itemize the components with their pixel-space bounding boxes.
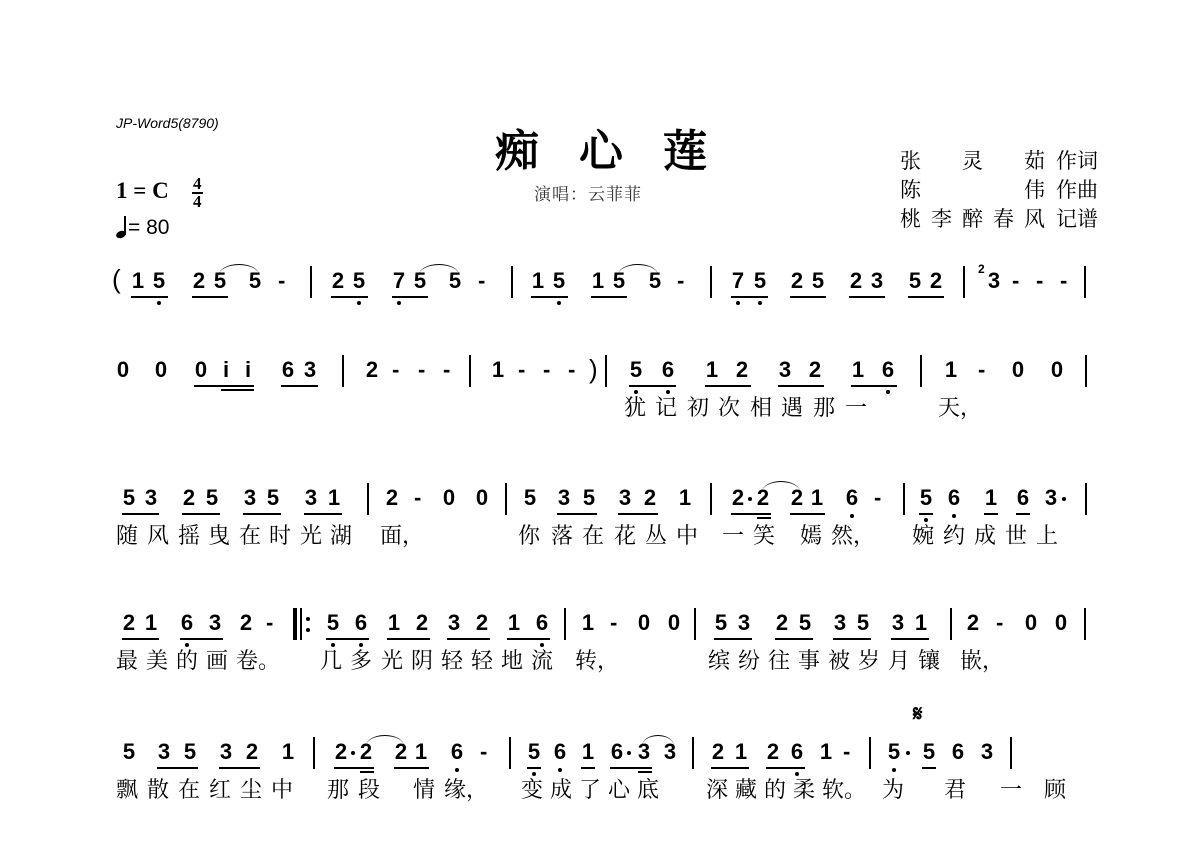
lyric: 光 (300, 525, 322, 549)
low-octave-dot (532, 772, 536, 776)
lyric: 柔 (793, 779, 815, 803)
lyric: 流 (531, 650, 553, 674)
low-octave-dot (331, 643, 335, 647)
note: 2 (474, 611, 490, 635)
note: 5 (265, 486, 281, 510)
eighth-beam (891, 638, 929, 640)
note: 0 (1053, 611, 1069, 635)
note: 0 (441, 486, 457, 510)
credit-char (957, 176, 988, 205)
note: 6 (609, 740, 625, 764)
eighth-beam (581, 767, 595, 769)
barline (511, 266, 513, 298)
lyric: 天， (938, 397, 982, 421)
augmentation-dot (351, 751, 355, 755)
barline (342, 355, 344, 387)
note: 6 (534, 611, 550, 635)
note: 5 (121, 740, 137, 764)
lyric: 相 (750, 397, 772, 421)
eighth-beam (281, 385, 318, 387)
note: 1 (580, 611, 596, 635)
note: 1 (326, 486, 342, 510)
barline (1084, 608, 1086, 640)
lyric: 镶 (918, 650, 940, 674)
note: 5 (551, 269, 567, 293)
note: 5 (713, 611, 729, 635)
eighth-beam (387, 638, 430, 640)
eighth-beam (182, 513, 220, 515)
note: 2 (765, 740, 781, 764)
eighth-beam (851, 385, 897, 387)
low-octave-dot (850, 514, 854, 518)
dash: - (478, 269, 485, 293)
lyric: 在 (178, 779, 200, 803)
lyric: 事 (798, 650, 820, 674)
eighth-beam (527, 767, 541, 769)
note: 3 (242, 486, 258, 510)
note: 6 (179, 611, 195, 635)
lyric: 卷。 (236, 650, 280, 674)
note: 3 (736, 611, 752, 635)
credit-char: 风 (1019, 205, 1050, 234)
note: 1 (913, 611, 929, 635)
credit-char: 醉 (957, 205, 988, 234)
low-octave-dot (455, 768, 459, 772)
note: 2 (414, 611, 430, 635)
note: 3 (218, 740, 234, 764)
sixteenth-beam (221, 389, 254, 391)
note: 3 (986, 269, 1002, 293)
note: 5 (247, 269, 263, 293)
lyric: 君 (944, 779, 966, 803)
lyric: 摇 (178, 525, 200, 549)
barline (963, 266, 965, 298)
note: 2 (191, 269, 207, 293)
close-parenthesis: ) (589, 356, 598, 382)
eighth-beam (157, 767, 198, 769)
eighth-beam (531, 296, 568, 298)
note: 1 (943, 358, 959, 382)
barline (694, 608, 696, 640)
lyric: 记 (655, 397, 677, 421)
low-octave-dot (540, 643, 544, 647)
note: 6 (880, 358, 896, 382)
note: 6 (552, 740, 568, 764)
note: 2 (330, 269, 346, 293)
note: 6 (280, 358, 296, 382)
note: 2 (121, 611, 137, 635)
lyric: 变 (521, 779, 543, 803)
note: 1 (386, 611, 402, 635)
credit-role: 作曲 (1056, 176, 1098, 205)
lyric: 画 (206, 650, 228, 674)
credit-char: 茹 (1019, 147, 1050, 176)
credit-char: 李 (926, 205, 957, 234)
note: 3 (156, 740, 172, 764)
note: 5 (810, 269, 826, 293)
low-octave-dot (666, 390, 670, 394)
note: 5 (797, 611, 813, 635)
eighth-beam (778, 385, 824, 387)
credit-role: 作词 (1056, 147, 1098, 176)
note: 1 (143, 611, 159, 635)
eighth-beam (775, 638, 813, 640)
dash: - (843, 740, 850, 764)
note: 6 (950, 740, 966, 764)
lyric: 几 (320, 650, 342, 674)
note: 3 (143, 486, 159, 510)
eighth-beam (790, 296, 826, 298)
barline (313, 737, 315, 769)
eighth-beam (591, 296, 627, 298)
note: 1 (704, 358, 720, 382)
note: 1 (413, 740, 429, 764)
note: 2 (789, 269, 805, 293)
sixteenth-beam (360, 771, 374, 773)
open-parenthesis: ( (112, 266, 121, 292)
lyric: 轻 (471, 650, 493, 674)
low-octave-dot (924, 518, 928, 522)
dash: - (543, 358, 550, 382)
eighth-beam (219, 767, 260, 769)
note: 1 (809, 486, 825, 510)
barline (605, 355, 607, 387)
note: 2 (734, 358, 750, 382)
eighth-beam (447, 638, 490, 640)
eighth-beam (122, 638, 159, 640)
note: 1 (733, 740, 749, 764)
note: 0 (1010, 358, 1026, 382)
lyric: 一 (722, 525, 744, 549)
note: 5 (647, 269, 663, 293)
time-denominator: 4 (192, 194, 203, 210)
dash: - (480, 740, 487, 764)
segno-sign: 𝄋 (913, 701, 922, 727)
note: 0 (1049, 358, 1065, 382)
software-label: JP-Word5(8790) (116, 115, 219, 131)
dash: - (874, 486, 881, 510)
low-octave-dot (892, 768, 896, 772)
note: 0 (153, 358, 169, 382)
lyric: 月 (888, 650, 910, 674)
note: 3 (446, 611, 462, 635)
note: 5 (121, 486, 137, 510)
note: 5 (204, 486, 220, 510)
dash: - (266, 611, 273, 635)
lyric: 丛 (645, 525, 667, 549)
lyric: 散 (147, 779, 169, 803)
lyric: 最 (116, 650, 138, 674)
note: 1 (530, 269, 546, 293)
note: 2 (364, 358, 380, 382)
barline (869, 737, 871, 769)
lyric: 犹 (624, 397, 646, 421)
lyric: 飘 (116, 779, 138, 803)
dash: - (1060, 269, 1067, 293)
tempo-value: = 80 (128, 216, 169, 239)
barline (920, 355, 922, 387)
dash: - (414, 486, 421, 510)
lyric: 曳 (208, 525, 230, 549)
lyric: 嵌， (960, 650, 1004, 674)
eighth-beam (331, 296, 368, 298)
low-octave-dot (886, 390, 890, 394)
note: 5 (522, 486, 538, 510)
grace-note: 2 (978, 263, 985, 275)
dash: - (392, 358, 399, 382)
lyric: 花 (614, 525, 636, 549)
credit-char: 张 (895, 147, 926, 176)
lyric: 湖 (330, 525, 352, 549)
note: 5 (918, 486, 934, 510)
note: 2 (238, 611, 254, 635)
lyric: 中 (271, 779, 293, 803)
eighth-beam (790, 513, 825, 515)
lyric: 红 (209, 779, 231, 803)
lyric: 软。 (822, 779, 866, 803)
low-octave-dot (795, 772, 799, 776)
dash: - (418, 358, 425, 382)
lyric: 被 (828, 650, 850, 674)
eighth-beam (131, 296, 168, 298)
note: 2 (807, 358, 823, 382)
lyric: 情 (413, 779, 435, 803)
lyric: 段 (358, 779, 380, 803)
lyric: 缘， (444, 779, 488, 803)
note: 6 (1015, 486, 1031, 510)
note: 2 (848, 269, 864, 293)
note: 2 (642, 486, 658, 510)
eighth-beam (984, 513, 998, 515)
eighth-beam (731, 296, 768, 298)
lyric: 藏 (735, 779, 757, 803)
eighth-beam (392, 296, 428, 298)
eighth-beam (1016, 513, 1030, 515)
eighth-beam (326, 638, 369, 640)
barline (710, 483, 712, 515)
lyric: 成 (974, 525, 996, 549)
dash: - (978, 358, 985, 382)
credit-char: 陈 (895, 176, 926, 205)
lyric: 然， (831, 525, 875, 549)
eighth-beam (180, 638, 223, 640)
low-octave-dot (557, 301, 561, 305)
lyric: 次 (718, 397, 740, 421)
lyric: 一 (1000, 779, 1022, 803)
credit-char (988, 176, 1019, 205)
song-title: 痴心莲 (475, 115, 727, 179)
eighth-beam (908, 296, 944, 298)
lyric: 轻 (441, 650, 463, 674)
lyric: 缤 (708, 650, 730, 674)
note: 6 (353, 611, 369, 635)
note: 0 (666, 611, 682, 635)
lyric: 随 (116, 525, 138, 549)
note: 1 (983, 486, 999, 510)
lyric: 面， (380, 525, 424, 549)
lyric: 的 (176, 650, 198, 674)
note: i (218, 358, 234, 382)
note: 2 (730, 486, 746, 510)
note: 0 (1023, 611, 1039, 635)
note: 1 (850, 358, 866, 382)
eighth-beam (849, 296, 885, 298)
note: 0 (193, 358, 209, 382)
note: 1 (590, 269, 606, 293)
dash: - (1036, 269, 1043, 293)
note: 3 (302, 358, 318, 382)
tempo-marking: = 80 (116, 216, 169, 240)
note: 5 (325, 611, 341, 635)
lyric: 光 (381, 650, 403, 674)
note: 5 (581, 486, 597, 510)
eighth-beam (766, 767, 805, 769)
note: 5 (907, 269, 923, 293)
lyric: 往 (768, 650, 790, 674)
dash: - (677, 269, 684, 293)
dash: - (1012, 269, 1019, 293)
eighth-beam (122, 513, 159, 515)
key-signature: 1 = C (116, 178, 169, 204)
low-octave-dot (185, 643, 189, 647)
note: 3 (979, 740, 995, 764)
barline (1084, 266, 1086, 298)
augmentation-dot (906, 751, 910, 755)
lyric: 顾 (1044, 779, 1066, 803)
eighth-beam (922, 767, 936, 769)
credit-char (988, 147, 1019, 176)
lyric: 多 (350, 650, 372, 674)
barline (903, 483, 905, 515)
lyric: 美 (146, 650, 168, 674)
note: 6 (946, 486, 962, 510)
lyric: 在 (239, 525, 261, 549)
eighth-beam (618, 513, 658, 515)
dash: - (443, 358, 450, 382)
barline (564, 608, 566, 640)
eighth-beam (507, 638, 550, 640)
barline (1085, 355, 1087, 387)
composer-credit: 陈伟作曲 (895, 176, 1098, 205)
dash: - (568, 358, 575, 382)
lyric: 世 (1005, 525, 1027, 549)
note: 0 (115, 358, 131, 382)
barline (710, 266, 712, 298)
note: 6 (789, 740, 805, 764)
low-octave-dot (359, 643, 363, 647)
note: 1 (130, 269, 146, 293)
title-char: 痴 (475, 115, 559, 179)
note: 2 (393, 740, 409, 764)
note: 3 (777, 358, 793, 382)
note: 2 (965, 611, 981, 635)
note: 5 (921, 740, 937, 764)
time-signature: 4 4 (192, 176, 203, 210)
barline (1085, 483, 1087, 515)
augmentation-dot (748, 497, 752, 501)
note: 1 (677, 486, 693, 510)
lyric: 深 (706, 779, 728, 803)
eighth-beam (731, 513, 771, 515)
eighth-beam (194, 385, 254, 387)
credits-block: 张灵茹作词 陈伟作曲 桃李醉春风记谱 (895, 147, 1098, 234)
dash: - (278, 269, 285, 293)
note: 3 (832, 611, 848, 635)
note: 5 (526, 740, 542, 764)
note: 6 (660, 358, 676, 382)
credit-char (926, 176, 957, 205)
note: 1 (490, 358, 506, 382)
lyric: 纷 (738, 650, 760, 674)
note: 2 (384, 486, 400, 510)
lyric: 风 (147, 525, 169, 549)
barline (367, 483, 369, 515)
note: 7 (730, 269, 746, 293)
lyric: 你 (518, 525, 540, 549)
augmentation-dot (1062, 497, 1066, 501)
augmentation-dot (627, 751, 631, 755)
note: 2 (789, 486, 805, 510)
eighth-beam (705, 385, 751, 387)
lyric: 中 (676, 525, 698, 549)
note: 0 (474, 486, 490, 510)
credit-char: 春 (988, 205, 1019, 234)
eighth-beam (304, 513, 342, 515)
lyric: 遇 (781, 397, 803, 421)
eighth-beam (243, 513, 281, 515)
note: 3 (617, 486, 633, 510)
note: 1 (580, 740, 596, 764)
low-octave-dot (357, 301, 361, 305)
note: 6 (844, 486, 860, 510)
lyric: 那 (813, 397, 835, 421)
barline (505, 483, 507, 515)
lyric: 笑 (753, 525, 775, 549)
lyric: 婉 (912, 525, 934, 549)
note: 2 (928, 269, 944, 293)
note: 2 (333, 740, 349, 764)
note: 3 (890, 611, 906, 635)
barline (950, 608, 952, 640)
lyric: 了 (579, 779, 601, 803)
lyric: 一 (845, 397, 867, 421)
barline (509, 737, 511, 769)
barline (469, 355, 471, 387)
lyric: 时 (269, 525, 291, 549)
eighth-beam (833, 638, 871, 640)
lyric: 在 (582, 525, 604, 549)
eighth-beam (714, 638, 752, 640)
quarter-note-icon (116, 216, 128, 238)
note: 3 (303, 486, 319, 510)
note: 6 (449, 740, 465, 764)
note: 2 (181, 486, 197, 510)
note: 2 (710, 740, 726, 764)
singer-credit: 演唱：云菲菲 (534, 180, 642, 205)
title-char: 心 (559, 115, 643, 179)
low-octave-dot (397, 301, 401, 305)
low-octave-dot (558, 768, 562, 772)
lyricist-credit: 张灵茹作词 (895, 147, 1098, 176)
note: 5 (855, 611, 871, 635)
eighth-beam (394, 767, 429, 769)
note: 5 (886, 740, 902, 764)
barline (692, 737, 694, 769)
note: 3 (1043, 486, 1059, 510)
eighth-beam (334, 767, 374, 769)
eighth-beam (610, 767, 652, 769)
lyric: 那 (327, 779, 349, 803)
